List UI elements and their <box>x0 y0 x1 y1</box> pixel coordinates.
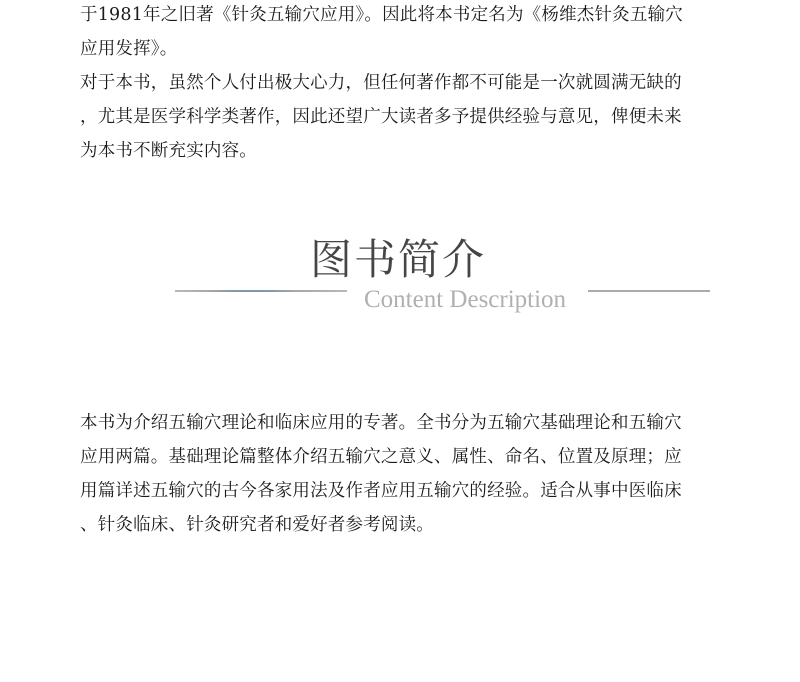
section-title-english: Content Description <box>364 284 566 316</box>
description-line-3: 用篇详述五输穴的古今各家用法及作者应用五输穴的经验。适合从事中医临床 <box>80 474 744 508</box>
description-paragraph: 本书为介绍五输穴理论和临床应用的专著。全书分为五输穴基础理论和五输穴 应用两篇。… <box>80 406 744 542</box>
heading-divider-right <box>588 290 710 292</box>
section-heading: 图书简介 Content Description <box>0 0 800 330</box>
section-title-chinese: 图书简介 <box>310 232 486 288</box>
description-line-2: 应用两篇。基础理论篇整体介绍五输穴之意义、属性、命名、位置及原理；应 <box>80 440 744 474</box>
heading-divider-left <box>175 290 347 292</box>
description-line-4: 、针灸临床、针灸研究者和爱好者参考阅读。 <box>80 508 744 542</box>
description-line-1: 本书为介绍五输穴理论和临床应用的专著。全书分为五输穴基础理论和五输穴 <box>80 406 744 440</box>
